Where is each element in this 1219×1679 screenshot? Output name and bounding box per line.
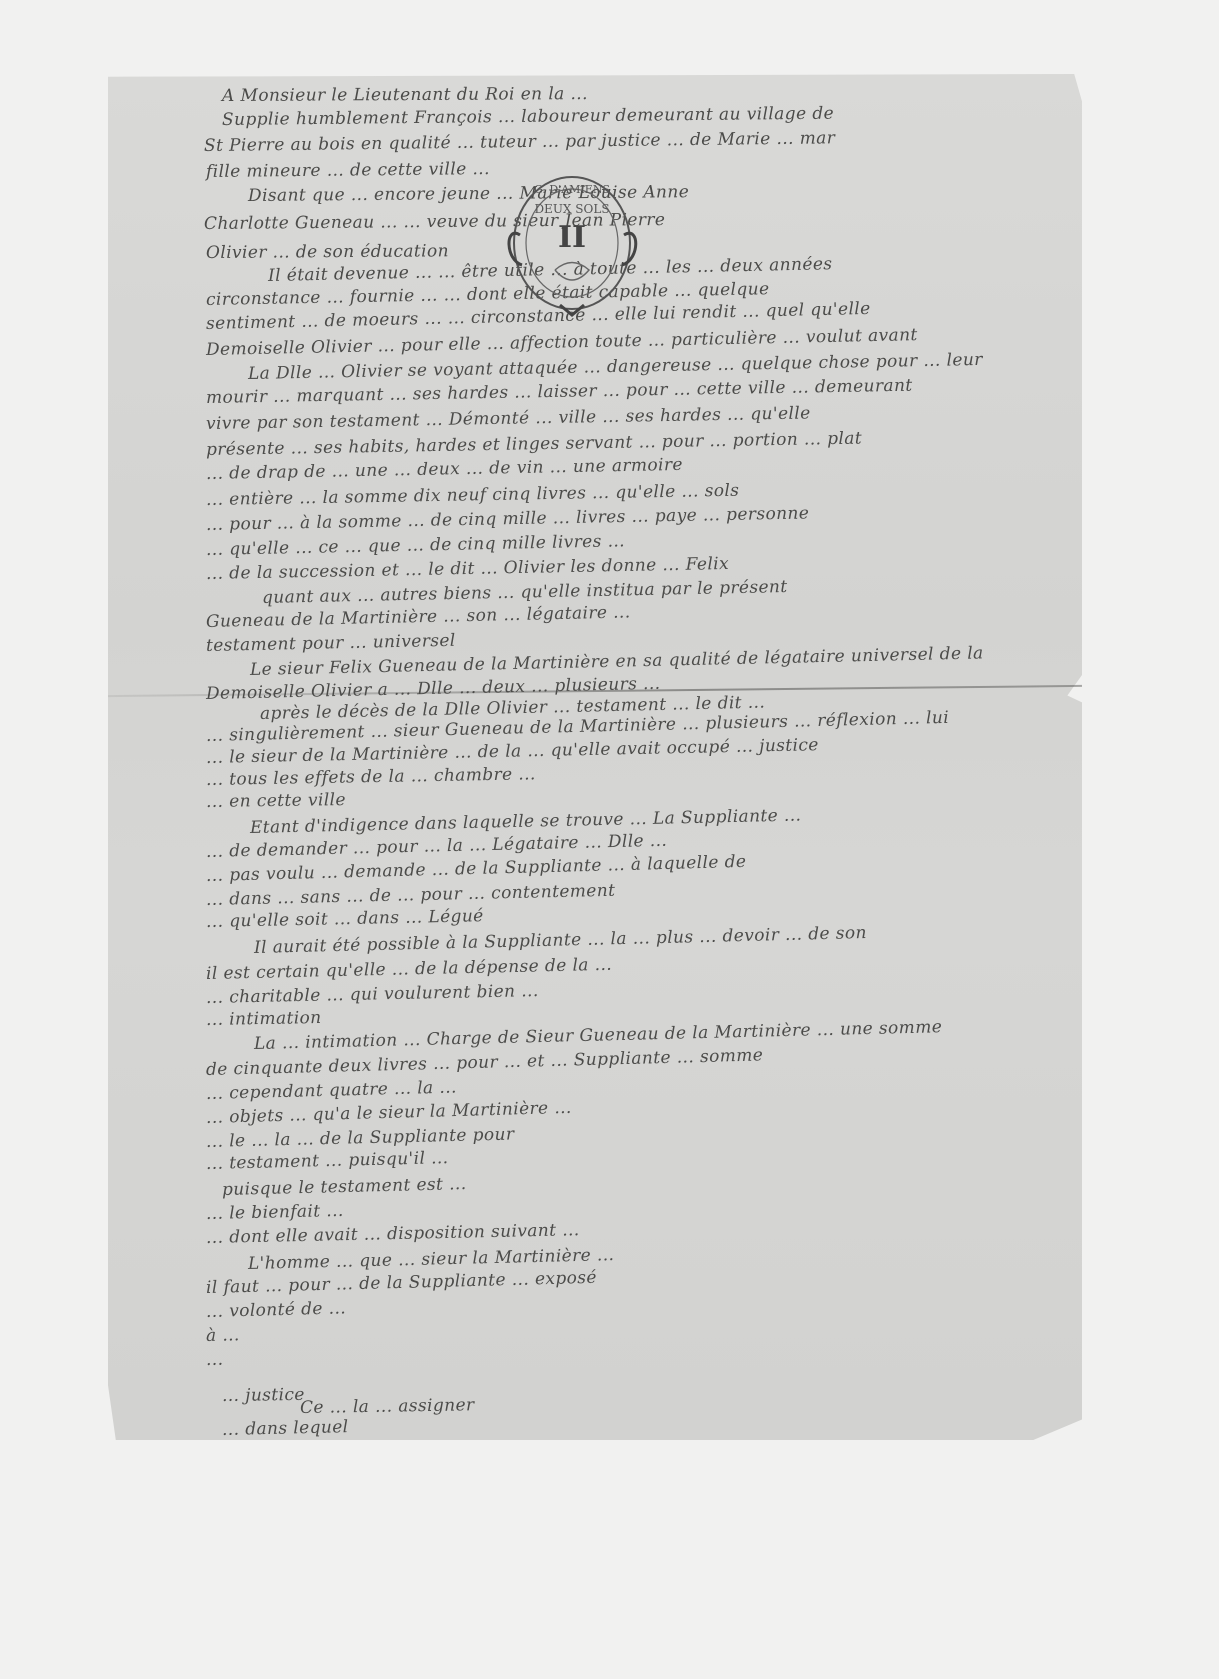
handwritten-line: ... intimation [206, 1008, 322, 1030]
handwritten-line: A Monsieur le Lieutenant du Roi en la ..… [222, 84, 588, 106]
handwritten-line: ... en cette ville [206, 790, 346, 812]
handwritten-line: ... volonté de ... [206, 1298, 347, 1322]
handwritten-line: ... le bienfait ... [206, 1201, 344, 1224]
stamp-seal-icon: G. D'AMIENS DEUX SOLS II [500, 165, 645, 320]
handwritten-line: ... justice [222, 1385, 305, 1406]
handwritten-line: ... [206, 1350, 224, 1370]
handwritten-line: ... dans lequel [222, 1417, 349, 1440]
handwritten-line: Olivier ... de son éducation [206, 241, 449, 263]
svg-text:DEUX SOLS: DEUX SOLS [534, 202, 609, 216]
handwritten-line: fille mineure ... de cette ville ... [206, 159, 490, 182]
handwritten-line: Ce ... la ... assigner [300, 1395, 475, 1418]
handwritten-line: à ... [206, 1325, 240, 1346]
svg-text:II: II [558, 220, 586, 255]
tax-stamp: G. D'AMIENS DEUX SOLS II [500, 165, 645, 320]
svg-text:G. D'AMIENS: G. D'AMIENS [534, 183, 610, 196]
